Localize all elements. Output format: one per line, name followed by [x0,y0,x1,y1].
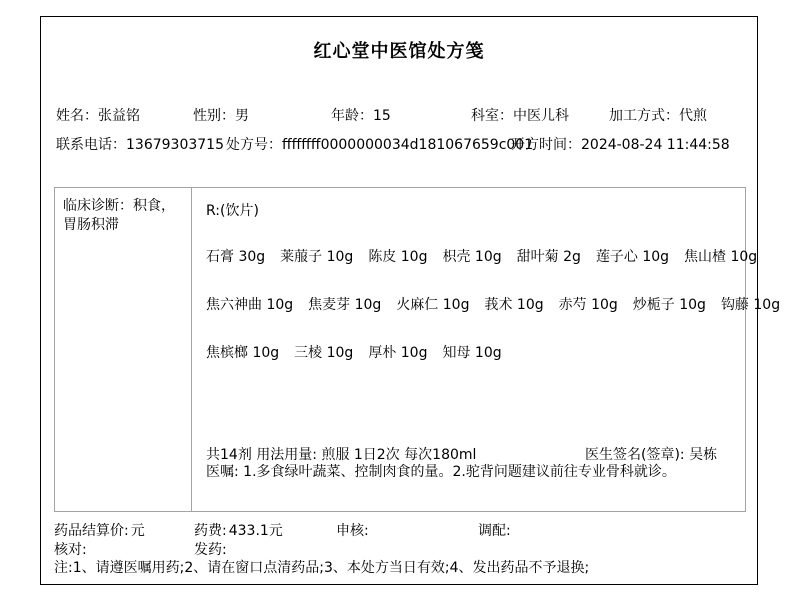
diagnosis-label: 临床诊断： [63,198,133,214]
issue-time-label: 开方时间： [511,137,581,153]
rx-number-value: ffffffff0000000034d181067659c001 [282,137,533,153]
rx-number: 处方号：ffffffff0000000034d181067659c001 [226,136,533,154]
usage-row: 共14剂 用法用量: 煎服 1日2次 每次180ml 医生签名(签章): 吴栋 [206,444,737,464]
review-field: 申核: [336,522,369,540]
prescription-sheet: 红心堂中医馆处方笺 姓名：张益铭 性别：男 年龄：15 科室：中医儿科 加工方式… [40,16,758,585]
patient-age-value: 15 [373,108,391,124]
doctor-advice-label: 医嘱: [206,464,239,480]
herb-item: 三棱 10g [294,345,353,361]
dose-count: 共14剂 [206,447,252,463]
compound-label: 调配: [478,523,511,539]
review-label: 申核: [336,523,369,539]
herb-lines: 石膏 30g莱菔子 10g陈皮 10g枳壳 10g甜叶菊 2g莲子心 10g焦山… [206,247,737,391]
compound-field: 调配: [478,522,511,540]
herb-item: 枳壳 10g [442,249,501,265]
herb-item: 焦麦芽 10g [308,297,381,313]
patient-department: 科室：中医儿科 [471,107,569,125]
herb-item: 莲子心 10g [596,249,669,265]
drug-fee-label: 药费: [194,523,227,539]
herb-item: 知母 10g [442,345,501,361]
footer-note: 注:1、请遵医嘱用药;2、请在窗口点清药品;3、本处方当日有效;4、发出药品不予… [54,559,589,577]
patient-name-label: 姓名： [56,108,98,124]
settlement-price: 药品结算价:元 [54,522,145,540]
herb-line: 焦六神曲 10g焦麦芽 10g火麻仁 10g莪术 10g赤芍 10g炒栀子 10… [206,295,737,315]
herb-item: 焦六神曲 10g [206,297,293,313]
dispense-label: 发药: [194,542,227,558]
dispense-field: 发药: [194,541,227,559]
drug-fee-value: 433.1元 [229,523,283,539]
patient-phone-label: 联系电话： [56,137,126,153]
patient-name-value: 张益铭 [98,108,140,124]
doctor-advice-value: 1.多食绿叶蔬菜、控制肉食的量。2.驼背问题建议前往专业骨科就诊。 [243,464,676,480]
drug-fee: 药费:433.1元 [194,522,283,540]
rx-header: R:(饮片) [206,200,259,220]
patient-processing: 加工方式：代煎 [609,107,707,125]
herb-item: 赤芍 10g [559,297,618,313]
herb-item: 石膏 30g [206,249,265,265]
patient-phone-value: 13679303715 [126,137,224,153]
herb-item: 陈皮 10g [368,249,427,265]
patient-processing-value: 代煎 [679,108,707,124]
herb-item: 焦山楂 10g [684,249,757,265]
herb-item: 焦槟榔 10g [206,345,279,361]
patient-department-label: 科室： [471,108,513,124]
doctor-signature-label: 医生签名(签章): [585,447,685,463]
rx-cell: R:(饮片) 石膏 30g莱菔子 10g陈皮 10g枳壳 10g甜叶菊 2g莲子… [192,188,745,511]
prescription-page: { "colors": { "background": "#ffffff", "… [0,0,800,600]
diagnosis-cell: 临床诊断：积食，胃肠积滞 [55,188,192,511]
herb-item: 火麻仁 10g [396,297,469,313]
herb-item: 莪术 10g [484,297,543,313]
herb-item: 甜叶菊 2g [517,249,581,265]
herb-item: 厚朴 10g [368,345,427,361]
patient-age: 年龄：15 [331,107,391,125]
patient-gender-label: 性别： [193,108,235,124]
patient-name: 姓名：张益铭 [56,107,140,125]
herb-line: 焦槟榔 10g三棱 10g厚朴 10g知母 10g [206,343,737,363]
settlement-price-label: 药品结算价: [54,523,129,539]
patient-processing-label: 加工方式： [609,108,679,124]
page-title: 红心堂中医馆处方笺 [41,37,757,63]
rx-number-label: 处方号： [226,137,282,153]
settlement-price-value: 元 [131,523,145,539]
issue-time: 开方时间：2024-08-24 11:44:58 [511,136,730,154]
patient-age-label: 年龄： [331,108,373,124]
doctor-advice: 医嘱: 1.多食绿叶蔬菜、控制肉食的量。2.驼背问题建议前往专业骨科就诊。 [206,463,703,482]
usage-label: 用法用量: [256,447,317,463]
herb-item: 炒栀子 10g [633,297,706,313]
check-field: 核对: [54,541,87,559]
herb-item: 钩藤 10g [721,297,780,313]
patient-gender: 性别：男 [193,107,249,125]
doctor-signature-value: 吴栋 [689,447,717,463]
issue-time-value: 2024-08-24 11:44:58 [581,137,730,153]
doctor-signature: 医生签名(签章): 吴栋 [585,444,717,464]
prescription-body: 临床诊断：积食，胃肠积滞 R:(饮片) 石膏 30g莱菔子 10g陈皮 10g枳… [54,187,746,512]
check-label: 核对: [54,542,87,558]
herb-item: 莱菔子 10g [280,249,353,265]
patient-department-value: 中医儿科 [513,108,569,124]
patient-phone: 联系电话：13679303715 [56,136,224,154]
usage-value: 煎服 1日2次 每次180ml [321,447,476,463]
patient-gender-value: 男 [235,108,249,124]
herb-line: 石膏 30g莱菔子 10g陈皮 10g枳壳 10g甜叶菊 2g莲子心 10g焦山… [206,247,737,267]
